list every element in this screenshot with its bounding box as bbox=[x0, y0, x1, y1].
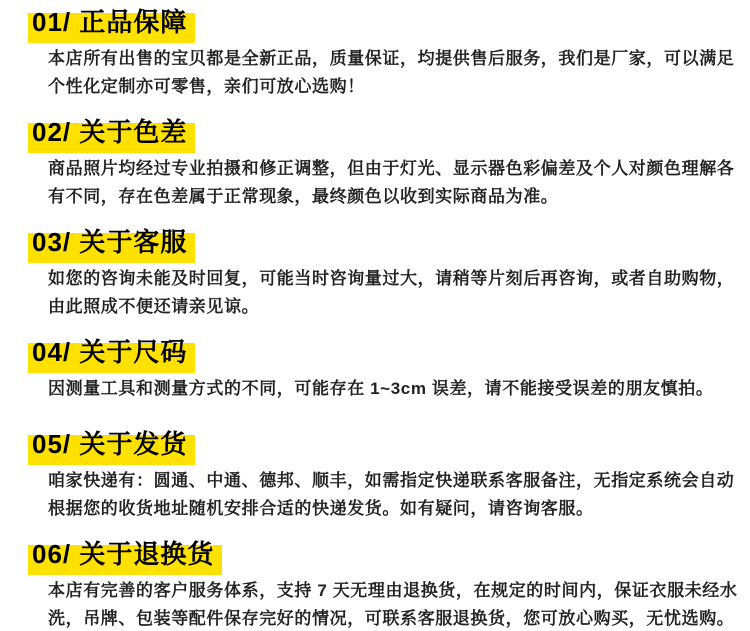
section-heading: 05/ 关于发货 bbox=[28, 428, 742, 460]
section-heading: 04/ 关于尺码 bbox=[28, 336, 742, 368]
section-body: 如您的咨询未能及时回复，可能当时咨询量过大，请稍等片刻后再咨询，或者自助购物， … bbox=[48, 265, 742, 321]
section-body: 本店所有出售的宝贝都是全新正品，质量保证，均提供售后服务，我们是厂家，可以满足 … bbox=[48, 45, 742, 101]
section-heading-highlight: 01/ 正品保障 bbox=[28, 6, 195, 38]
section-body: 咱家快递有：圆通、中通、德邦、顺丰，如需指定快递联系客服备注，无指定系统会自动 … bbox=[48, 467, 742, 523]
section-body: 商品照片均经过专业拍摄和修正调整，但由于灯光、显示器色彩偏差及个人对颜色理解各 … bbox=[48, 155, 742, 211]
section-genuine-guarantee: 01/ 正品保障 本店所有出售的宝贝都是全新正品，质量保证，均提供售后服务，我们… bbox=[28, 6, 742, 101]
section-heading: 06/ 关于退换货 bbox=[28, 538, 742, 570]
section-heading: 01/ 正品保障 bbox=[28, 6, 742, 38]
section-heading-highlight: 05/ 关于发货 bbox=[28, 428, 195, 460]
section-heading-highlight: 04/ 关于尺码 bbox=[28, 336, 195, 368]
section-heading-highlight: 06/ 关于退换货 bbox=[28, 538, 222, 570]
section-returns: 06/ 关于退换货 本店有完善的客户服务体系，支持 7 天无理由退换货，在规定的… bbox=[28, 538, 742, 631]
section-customer-service: 03/ 关于客服 如您的咨询未能及时回复，可能当时咨询量过大，请稍等片刻后再咨询… bbox=[28, 226, 742, 321]
section-color-difference: 02/ 关于色差 商品照片均经过专业拍摄和修正调整，但由于灯光、显示器色彩偏差及… bbox=[28, 116, 742, 211]
section-heading: 03/ 关于客服 bbox=[28, 226, 742, 258]
section-heading: 02/ 关于色差 bbox=[28, 116, 742, 148]
section-heading-highlight: 03/ 关于客服 bbox=[28, 226, 195, 258]
section-body: 本店有完善的客户服务体系，支持 7 天无理由退换货，在规定的时间内，保证衣服未经… bbox=[48, 577, 742, 631]
section-body: 因测量工具和测量方式的不同，可能存在 1~3cm 误差，请不能接受误差的朋友慎拍… bbox=[48, 375, 742, 403]
section-sizing: 04/ 关于尺码 因测量工具和测量方式的不同，可能存在 1~3cm 误差，请不能… bbox=[28, 336, 742, 403]
shop-notice-page: 01/ 正品保障 本店所有出售的宝贝都是全新正品，质量保证，均提供售后服务，我们… bbox=[0, 0, 750, 631]
section-heading-highlight: 02/ 关于色差 bbox=[28, 116, 195, 148]
section-shipping: 05/ 关于发货 咱家快递有：圆通、中通、德邦、顺丰，如需指定快递联系客服备注，… bbox=[28, 428, 742, 523]
